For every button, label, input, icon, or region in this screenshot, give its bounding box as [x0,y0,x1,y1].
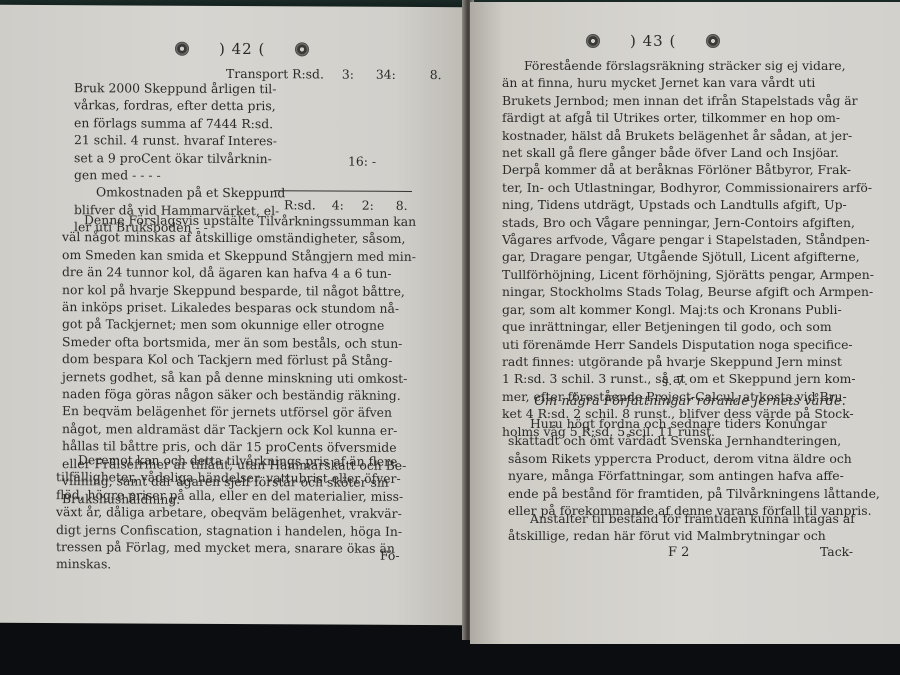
text-line: Vågares arfvode, Vågare pengar i Stapels… [502,231,874,248]
text-line: got på Tackjernet; men som okunnige elle… [62,316,416,335]
transport-v3: 8. [430,67,442,82]
text-line: om Smeden kan smida et Skeppund Stångjer… [62,246,416,265]
text-line: dre än 24 tunnor kol, då ägaren kan hafv… [62,263,416,282]
text-line: jernets godhet, så kan på denne minsknin… [62,368,416,387]
catchword: Fö- [380,548,400,563]
text-line: Huru högt fordna och sednare tiders Konu… [508,415,880,432]
text-line: ter, In- och Utlastningar, Bodhyror, Com… [502,179,874,196]
text-line: Tullförhöjning, Licent förhöjning, Sjörä… [502,266,874,283]
text-line: Bruk 2000 Skeppund årligen til- [74,79,285,98]
text-line: kostnader, hälst då Brukets belägenhet å… [502,127,874,144]
text-line: en förlags summa af 7444 R:sd. [74,114,285,133]
signature-mark: F 2 [668,545,689,560]
text-line: såsom Rikets ypperста Product, derom vit… [508,450,880,467]
right-paragraph-3: Anstalter til bestånd för framtiden kunn… [508,510,855,545]
text-line: gen med - - - - [74,166,285,185]
text-line: skattadt och ömt vårdadt Svenska Jernhan… [508,432,880,449]
text-line: flöd, högre priser på alla, eller en del… [56,486,403,505]
left-page: ) 42 ( Transport R:sd. 3: 34: 8. Bruk 20… [0,5,465,625]
fleuron-ornament-icon [175,42,189,56]
page-number: ) 42 ( [219,40,265,58]
text-line: Deremot kan och detta tilvårknings pris … [56,451,403,470]
text-line: dom bespara Kol och Tackjern med förlust… [62,350,416,369]
text-line: Brukets Jernbod; men innan det ifrån Sta… [502,92,874,109]
text-line: Denne Förslagsvis upstälte Tilvårkningss… [62,211,416,230]
text-line: naden föga göras någon säker och beständ… [62,385,416,404]
text-line: tressen på Förlag, med mycket mera, snar… [56,538,403,557]
total-v1: 4: [332,198,344,213]
right-paragraph-2: Huru högt fordna och sednare tiders Konu… [508,415,880,519]
text-line: gar, som alt kommer Kongl. Maj:ts och Kr… [502,301,874,318]
text-line: Derpå kommer då at beråknas Förlöner Båt… [502,161,874,178]
text-line: minskas. [56,556,403,575]
text-line: väl något minskas af åtskillige omständi… [62,229,416,248]
text-line: set a 9 proCent ökar tilvårknin- [74,149,285,168]
total-row: R:sd. 4: 2: 8. [284,197,408,213]
total-v3: 8. [396,198,408,213]
text-line: Smeder ofta bortsmida, mer än som bestål… [62,333,416,352]
text-line: 21 schil. 4 runst. hvaraf Interes- [74,131,285,150]
text-line: ningar, Stockholms Stads Tolag, Beurse a… [502,283,874,300]
section-title: Om några Författningar rörande Jernets v… [470,393,900,410]
text-line: än at finna, huru mycket Jernet kan vara… [502,74,874,91]
text-line: digt jerns Confiscation, stagnation i ha… [56,521,403,540]
sum-rule [274,190,412,192]
section-number: §. 7. [470,372,900,389]
fleuron-ornament-icon [706,34,720,48]
left-paragraph-2: Deremot kan och detta tilvårknings pris … [56,451,403,575]
text-line: ning, Tidens utdrägt, Upstads och Landtu… [502,196,874,213]
text-line: gar, Dragare pengar, Utgående Sjötull, L… [502,248,874,265]
text-line: något, men aldramäst där Tackjern ock Ko… [62,420,416,439]
right-page-header: ) 43 ( [586,32,720,50]
total-label: R:sd. [284,197,316,212]
text-line: Omkostnaden på et Skeppund [74,184,285,203]
fleuron-ornament-icon [295,42,309,56]
text-line: växt år, dåliga arbetare, obeqväm beläge… [56,503,403,522]
text-line: Förestående förslagsräkning sträcker sig… [502,57,874,74]
text-line: nor kol på hvarje Skeppund besparde, til… [62,281,416,300]
text-line: tilfälligheter, vådeliga händelser, vatt… [56,468,403,487]
text-line: stads, Bro och Vågare penningar, Jern-Co… [502,214,874,231]
catchword: Tack- [820,544,853,559]
transport-v1: 3: [342,67,354,82]
page-number: ) 43 ( [630,32,676,50]
text-line: Anstalter til bestånd för framtiden kunn… [508,510,855,527]
text-line: nyare, många Författningar, som antingen… [508,467,880,484]
text-line: åtskillige, redan här förut vid Malmbryt… [508,527,855,544]
text-line: än inköps priset. Likaledes besparas ock… [62,298,416,317]
cost-value: 16: - [348,154,376,169]
text-line: uti förenämde Herr Sandels Disputation n… [502,336,874,353]
text-line: vårkas, fordras, efter detta pris, [74,97,285,116]
text-line: net skall gå flere gånger både öfver Lan… [502,144,874,161]
transport-v2: 34: [376,67,396,82]
fleuron-ornament-icon [586,34,600,48]
right-page: ) 43 ( Förestående förslagsräkning sträc… [470,2,900,644]
text-line: färdigt at afgå til Utrikes orter, tilko… [502,109,874,126]
left-page-header: ) 42 ( [175,40,309,59]
text-line: En beqväm belägenhet för jernets utförse… [62,403,416,422]
text-line: radt finnes: utgörande på hvarje Skeppun… [502,353,874,370]
text-line: que inrättningar, eller Betjeningen til … [502,318,874,335]
section-heading: §. 7. Om några Författningar rörande Jer… [470,372,900,411]
total-v2: 2: [362,198,374,213]
text-line: ende på bestånd för framtiden, på Tilvår… [508,485,880,502]
